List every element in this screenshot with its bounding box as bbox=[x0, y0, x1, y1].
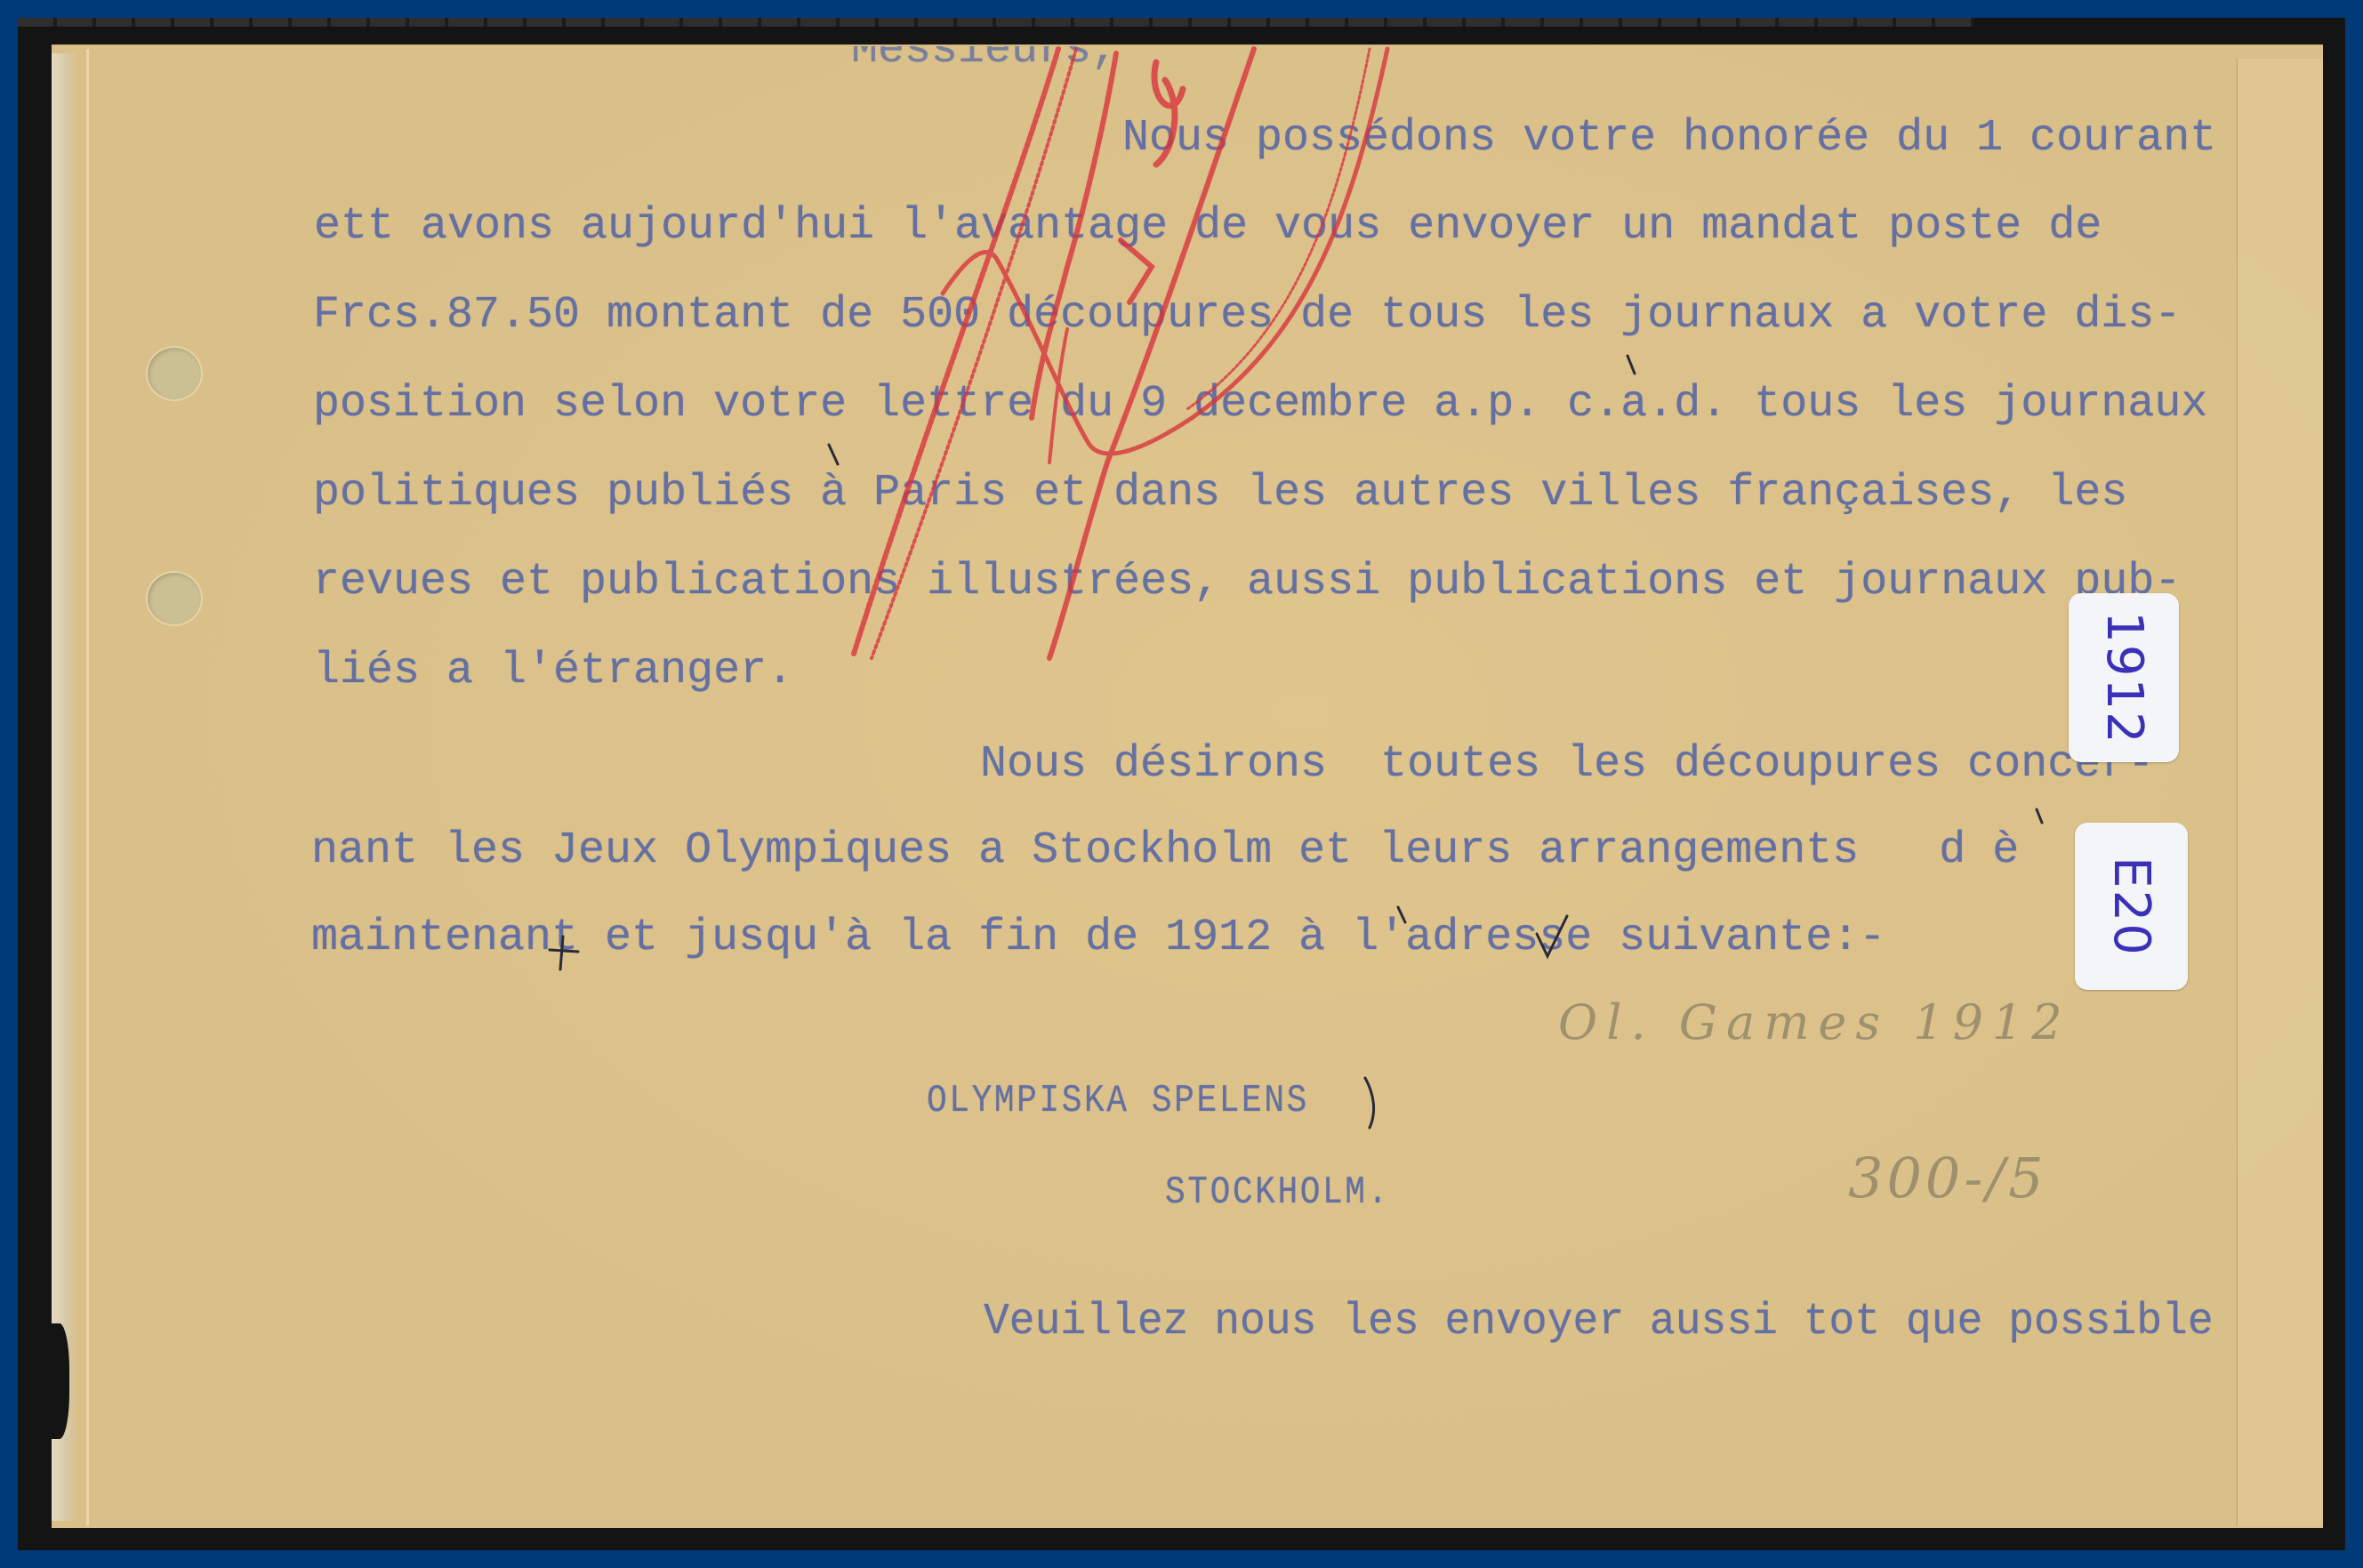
red-crayon-signature-icon bbox=[0, 0, 2363, 1568]
